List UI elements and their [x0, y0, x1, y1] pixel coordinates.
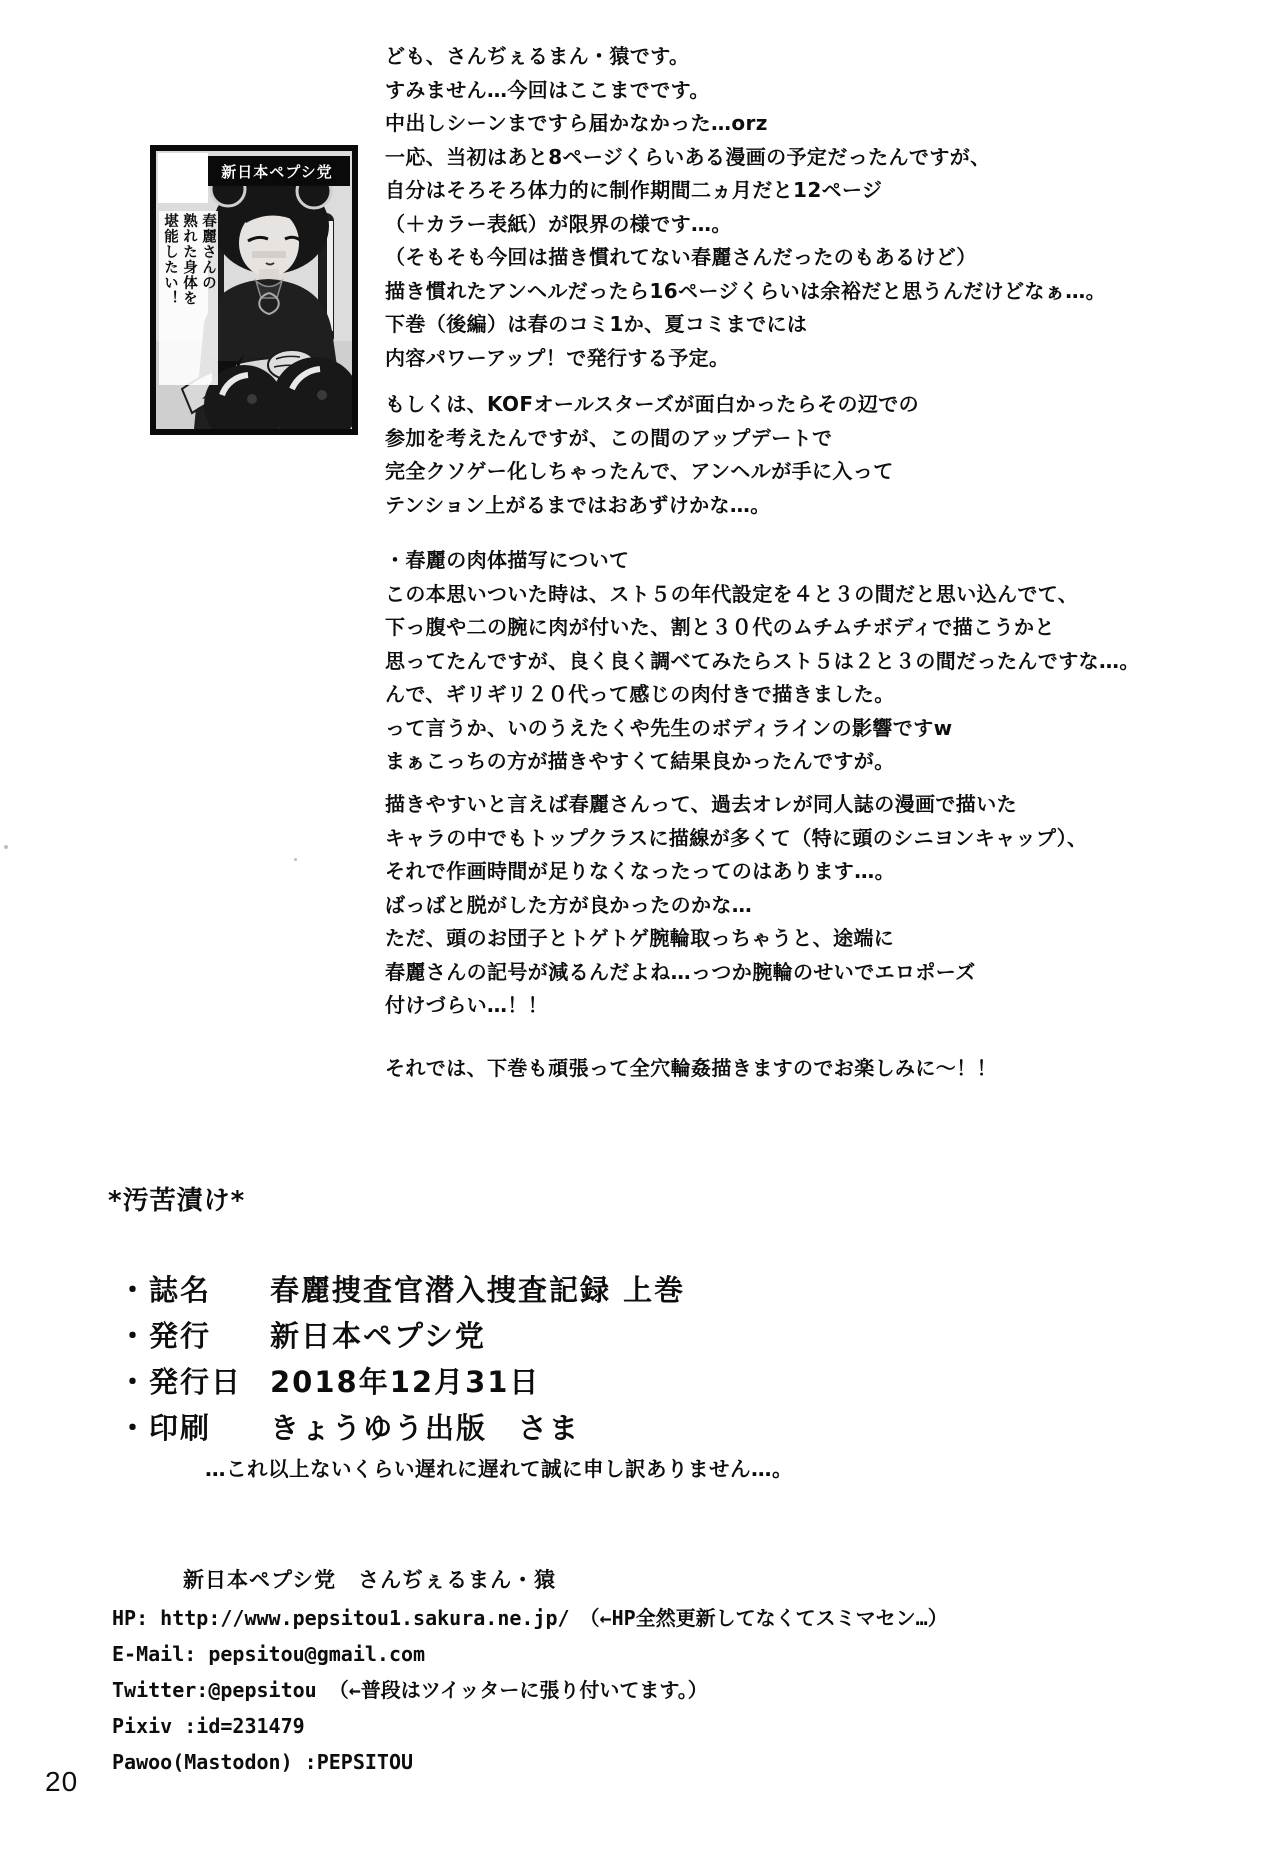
text-line: 下っ腹や二の腕に肉が付いた、割と３０代のムチムチボディで描こうかと — [385, 611, 1065, 645]
credit-label: ・印刷 — [118, 1406, 270, 1447]
circle-banner: 新日本ペプシ党 — [204, 156, 350, 186]
text-line: 一応、当初はあと8ページくらいある漫画の予定だったんですが、 — [385, 141, 1065, 175]
printer-apology: …これ以上ないくらい遅れに遅れて誠に申し訳ありません…。 — [205, 1452, 793, 1482]
circle-and-author-name: 新日本ペプシ党 さんぢぇるまん・猿 — [183, 1564, 556, 1594]
credit-label: ・発行日 — [118, 1360, 270, 1401]
tagline-col-2: 熟れた身体を — [179, 213, 198, 383]
text-line: 描き慣れたアンヘルだったら16ページくらいは余裕だと思うんだけどなぁ…。 — [385, 275, 1065, 309]
text-line: 思ってたんですが、良く良く調べてみたらスト５は２と３の間だったんですな…。 — [385, 645, 1065, 679]
contact-pawoo: Pawoo(Mastodon) :PEPSITOU — [112, 1744, 948, 1780]
contact-pixiv: Pixiv :id=231479 — [112, 1708, 948, 1744]
afterword-paragraph-4: 描きやすいと言えば春麗さんって、過去オレが同人誌の漫画で描いた キャラの中でもト… — [385, 788, 1065, 1023]
text-line: （そもそも今回は描き慣れてない春麗さんだったのもあるけど） — [385, 241, 1065, 275]
text-line: すみません…今回はここまでです。 — [385, 74, 1065, 108]
text-line: ・春麗の肉体描写について — [385, 544, 1065, 578]
closing-line: それでは、下巻も頑張って全穴輪姦描きますのでお楽しみに～！！ — [385, 1052, 1065, 1086]
text-line: 内容パワーアップ！で発行する予定。 — [385, 342, 1065, 376]
credit-value: 新日本ペプシ党 — [270, 1314, 486, 1355]
contact-list: HP: http://www.pepsitou1.sakura.ne.jp/ （… — [112, 1600, 948, 1780]
text-line: ただ、頭のお団子とトゲトゲ腕輪取っちゃうと、途端に — [385, 922, 1065, 956]
text-line: まぁこっちの方が描きやすくて結果良かったんですが。 — [385, 745, 1065, 779]
text-line: 自分はそろそろ体力的に制作期間二ヵ月だと12ページ — [385, 174, 1065, 208]
page-number: 20 — [45, 1766, 78, 1798]
credit-row-title: ・誌名 春麗捜査官潜入捜査記録 上巻 — [118, 1268, 1018, 1314]
text-line: この本思いついた時は、スト５の年代設定を４と３の間だと思い込んでて、 — [385, 578, 1065, 612]
afterword-paragraph-2: もしくは、KOFオールスターズが面白かったらその辺での 参加を考えたんですが、こ… — [385, 388, 1065, 522]
text-line: （＋カラー表紙）が限界の様です…。 — [385, 208, 1065, 242]
credits-list: ・誌名 春麗捜査官潜入捜査記録 上巻 ・発行 新日本ペプシ党 ・発行日 2018… — [118, 1268, 1018, 1452]
text-line: 描きやすいと言えば春麗さんって、過去オレが同人誌の漫画で描いた — [385, 788, 1065, 822]
text-line: ばっばと脱がした方が良かったのかな… — [385, 889, 1065, 923]
credit-value: きょうゆう出版 さま — [270, 1406, 580, 1447]
doujin-afterword-page: { "illustration": { "banner": "新日本ペプシ党",… — [0, 0, 1280, 1858]
text-line: 完全クソゲー化しちゃったんで、アンヘルが手に入って — [385, 455, 1065, 489]
text-line: キャラの中でもトップクラスに描線が多くて（特に頭のシニヨンキャップ）、 — [385, 822, 1065, 856]
text-line: ども、さんぢぇるまん・猿です。 — [385, 40, 1065, 74]
text-line: テンション上がるまではおあずけかな…。 — [385, 489, 1065, 523]
contact-twitter: Twitter:@pepsitou （←普段はツイッターに張り付いてます。） — [112, 1672, 948, 1708]
tagline-col-3: 堪能したい！ — [160, 213, 179, 383]
tagline-col-1: 春麗さんの — [198, 213, 217, 383]
afterword-paragraph-1: ども、さんぢぇるまん・猿です。 すみません…今回はここまでです。 中出しシーンま… — [385, 40, 1065, 375]
text-line: もしくは、KOFオールスターズが面白かったらその辺での — [385, 388, 1065, 422]
credit-row-publisher: ・発行 新日本ペプシ党 — [118, 1314, 1018, 1360]
credits-heading: *汚苦漬け* — [108, 1180, 245, 1217]
text-line: それで作画時間が足りなくなったってのはあります…。 — [385, 855, 1065, 889]
scan-speck — [294, 858, 297, 861]
blank-corner-square — [158, 153, 208, 203]
contact-email: E-Mail: pepsitou@gmail.com — [112, 1636, 948, 1672]
credit-row-date: ・発行日 2018年12月31日 — [118, 1360, 1018, 1406]
afterword-paragraph-3: ・春麗の肉体描写について この本思いついた時は、スト５の年代設定を４と３の間だと… — [385, 544, 1065, 779]
credit-value: 2018年12月31日 — [270, 1360, 540, 1401]
credit-label: ・発行 — [118, 1314, 270, 1355]
credit-label: ・誌名 — [118, 1268, 270, 1309]
text-line: 春麗さんの記号が減るんだよね…っつか腕輪のせいでエロポーズ — [385, 956, 1065, 990]
scan-speck — [4, 845, 8, 849]
credit-value: 春麗捜査官潜入捜査記録 上巻 — [270, 1268, 685, 1309]
vertical-tagline: 春麗さんの 熟れた身体を 堪能したい！ — [159, 211, 218, 385]
cover-thumbnail-box: 新日本ペプシ党 春麗さんの 熟れた身体を 堪能したい！ — [150, 145, 358, 435]
credit-row-printer: ・印刷 きょうゆう出版 さま — [118, 1406, 1018, 1452]
text-line: 下巻（後編）は春のコミ1か、夏コミまでには — [385, 308, 1065, 342]
text-line: 中出しシーンまですら届かなかった…orz — [385, 107, 1065, 141]
text-line: 参加を考えたんですが、この間のアップデートで — [385, 422, 1065, 456]
text-line: んで、ギリギリ２０代って感じの肉付きで描きました。 — [385, 678, 1065, 712]
text-line: って言うか、いのうえたくや先生のボディラインの影響ですw — [385, 712, 1065, 746]
text-line: 付けづらい…！！ — [385, 989, 1065, 1023]
contact-homepage: HP: http://www.pepsitou1.sakura.ne.jp/ （… — [112, 1600, 948, 1636]
